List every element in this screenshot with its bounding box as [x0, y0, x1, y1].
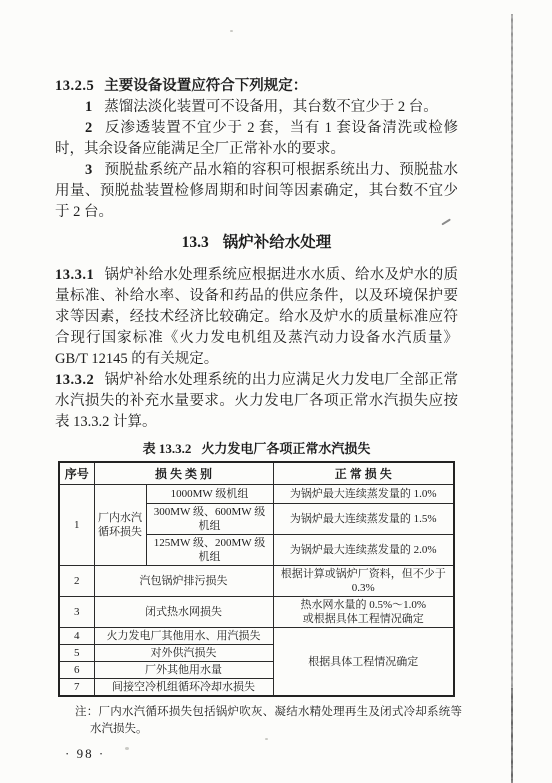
clause-13-2-5-heading: 13.2.5主要设备设置应符合下列规定：: [55, 76, 458, 97]
header-seq: 序号: [59, 462, 94, 485]
cell-loss-2: 根据计算或锅炉厂资料，但不少于 0.3%: [273, 566, 454, 597]
item-text: 反渗透装置不宜少于 2 套，当有 1 套设备清洗或检修时，其余设备应能满足全厂正…: [55, 120, 458, 157]
cell-unit-300-600mw: 300MW 级、600MW 级机组: [146, 504, 273, 535]
cell-category-6: 厂外其他用水量: [94, 662, 273, 679]
item-number: 3: [85, 162, 92, 178]
clause-number: 13.3.1: [55, 267, 94, 283]
table-row: 2 汽包锅炉排污损失 根据计算或锅炉厂资料，但不少于 0.3%: [59, 566, 454, 597]
section-number: 13.3: [182, 234, 209, 251]
list-item-3: 3预脱盐系统产品水箱的容积可根据系统出力、预脱盐水用量、预脱盐装置检修周期和时间…: [55, 160, 458, 223]
list-item-1: 1蒸馏法淡化装置可不设备用，其台数不宜少于 2 台。: [55, 97, 458, 118]
clause-number: 13.2.5: [55, 78, 94, 94]
page-content: 13.2.5主要设备设置应符合下列规定： 1蒸馏法淡化装置可不设备用，其台数不宜…: [55, 76, 458, 762]
cell-category-1: 厂内水汽循环损失: [94, 485, 146, 566]
note-text: 厂内水汽循环损失包括锅炉吹灰、凝结水精处理再生及闭式冷却系统等水汽损失。: [90, 706, 462, 735]
cell-loss-125-200mw: 为锅炉最大连续蒸发量的 2.0%: [273, 535, 454, 566]
table-13-3-2-title: 表 13.3.2火力发电厂各项正常水汽损失: [55, 440, 458, 457]
scan-artifact-speck: [265, 738, 268, 740]
clause-text: 锅炉补给水处理系统应根据进水水质、给水及炉水的质量标准、补给水率、设备和药品的供…: [55, 267, 458, 367]
cell-seq-2: 2: [59, 566, 94, 597]
list-item-2: 2反渗透装置不宜少于 2 套，当有 1 套设备清洗或检修时，其余设备应能满足全厂…: [55, 118, 458, 160]
cell-loss-3: 热水网水量的 0.5%～1.0% 或根据具体工程情况确定: [273, 597, 454, 628]
cell-category-7: 间接空冷机组循环冷却水损失: [94, 679, 273, 697]
table-header-row: 序号 损 失 类 别 正 常 损 失: [59, 462, 454, 485]
clause-text: 锅炉补给水处理系统的出力应满足火力发电厂全部正常水汽损失的补充水量要求。火力发电…: [55, 372, 458, 430]
note-label: 注：: [75, 706, 98, 718]
cell-category-2: 汽包锅炉排污损失: [94, 566, 273, 597]
scan-artifact-vertical-line-dark: [511, 688, 513, 783]
section-title: 锅炉补给水处理: [223, 234, 332, 251]
cell-unit-1000mw: 1000MW 级机组: [146, 485, 273, 504]
table-label: 表 13.3.2: [143, 441, 192, 456]
header-loss: 正 常 损 失: [273, 462, 454, 485]
item-text: 蒸馏法淡化装置可不设备用，其台数不宜少于 2 台。: [104, 99, 438, 115]
item-text: 预脱盐系统产品水箱的容积可根据系统出力、预脱盐水用量、预脱盐装置检修周期和时间等…: [55, 162, 458, 220]
scanned-document-page: 13.2.5主要设备设置应符合下列规定： 1蒸馏法淡化装置可不设备用，其台数不宜…: [0, 0, 552, 783]
cell-unit-125-200mw: 125MW 级、200MW 级机组: [146, 535, 273, 566]
table-row: 3 闭式热水网损失 热水网水量的 0.5%～1.0% 或根据具体工程情况确定: [59, 597, 454, 628]
cell-category-4: 火力发电厂其他用水、用汽损失: [94, 628, 273, 645]
table-row: 4 火力发电厂其他用水、用汽损失 根据具体工程情况确定: [59, 628, 454, 645]
cell-loss-1000mw: 为锅炉最大连续蒸发量的 1.0%: [273, 485, 454, 504]
section-13-3-heading: 13.3锅炉补给水处理: [55, 232, 458, 254]
cell-seq-3: 3: [59, 597, 94, 628]
clause-number: 13.3.2: [55, 372, 94, 388]
scan-artifact-vertical-line: [511, 14, 513, 783]
scan-artifact-speck: [125, 747, 129, 750]
cell-seq-4: 4: [59, 628, 94, 645]
page-number: · 98 ·: [65, 746, 458, 762]
cell-seq-7: 7: [59, 679, 94, 697]
clause-13-3-1-paragraph: 13.3.1锅炉补给水处理系统应根据进水水质、给水及炉水的质量标准、补给水率、设…: [55, 265, 458, 370]
cell-category-3: 闭式热水网损失: [94, 597, 273, 628]
item-number: 2: [85, 120, 92, 136]
cell-seq-5: 5: [59, 645, 94, 662]
loss-3-line2: 或根据具体工程情况确定: [276, 612, 452, 626]
table-title-text: 火力发电厂各项正常水汽损失: [201, 441, 370, 456]
scan-artifact-speck: [230, 30, 233, 32]
loss-3-line1: 热水网水量的 0.5%～1.0%: [276, 598, 452, 612]
cell-seq-6: 6: [59, 662, 94, 679]
cell-category-5: 对外供汽损失: [94, 645, 273, 662]
water-steam-loss-table: 序号 损 失 类 别 正 常 损 失 1 厂内水汽循环损失 1000MW 级机组…: [58, 461, 455, 697]
cell-loss-merged-4-7: 根据具体工程情况确定: [273, 628, 454, 697]
item-number: 1: [85, 99, 92, 115]
cell-loss-300-600mw: 为锅炉最大连续蒸发量的 1.5%: [273, 504, 454, 535]
table-note: 注：厂内水汽循环损失包括锅炉吹灰、凝结水精处理再生及闭式冷却系统等水汽损失。: [75, 704, 462, 738]
clause-text: 主要设备设置应符合下列规定：: [104, 78, 307, 94]
clause-13-3-2-paragraph: 13.3.2锅炉补给水处理系统的出力应满足火力发电厂全部正常水汽损失的补充水量要…: [55, 370, 458, 433]
header-category: 损 失 类 别: [94, 462, 273, 485]
table-row: 1 厂内水汽循环损失 1000MW 级机组 为锅炉最大连续蒸发量的 1.0%: [59, 485, 454, 504]
cell-seq-1: 1: [59, 485, 94, 566]
